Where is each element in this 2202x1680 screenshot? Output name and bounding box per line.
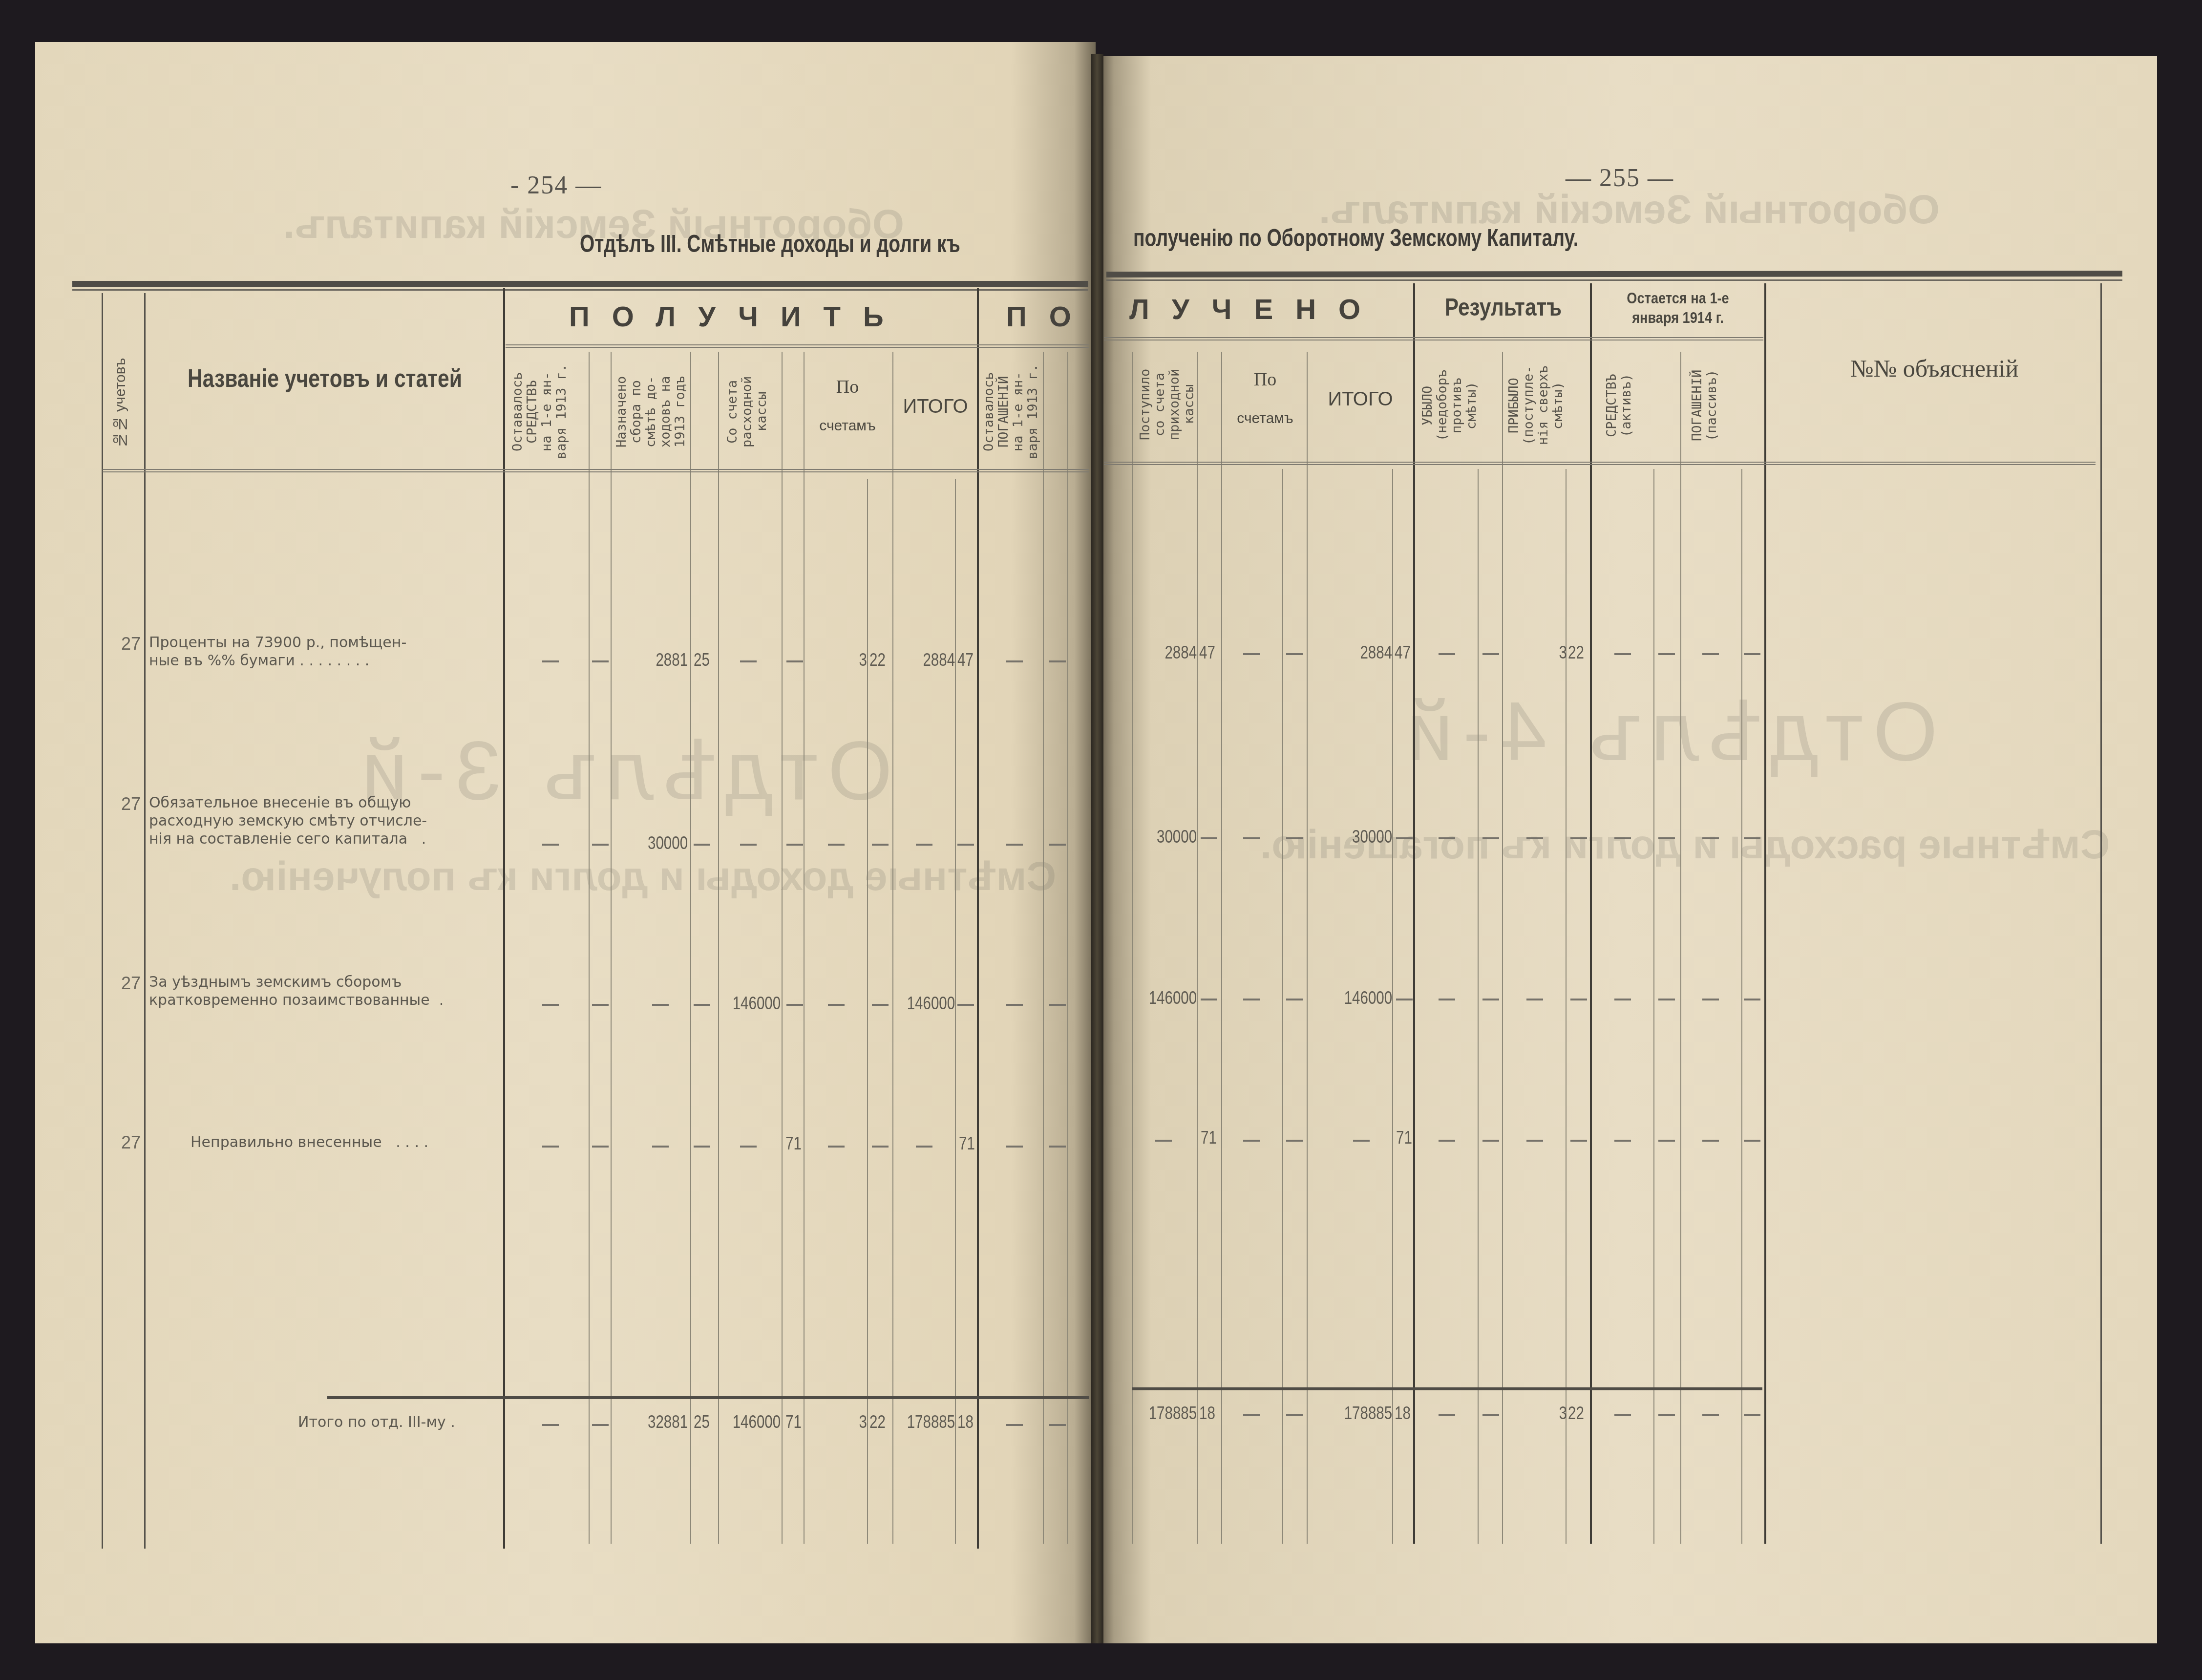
header-po-schetam-2-bottom: счетамъ: [1224, 410, 1307, 427]
header-po-schetam-2-top: По: [1224, 369, 1307, 390]
value-dash: [592, 1424, 609, 1426]
header-postupilo: Поступило со счета приходной кассы: [1138, 349, 1197, 459]
value-dash: [1614, 653, 1631, 655]
grid-line: [1566, 469, 1567, 1544]
value-dash: [1614, 837, 1631, 839]
value-dash: [1744, 1414, 1760, 1416]
value-dash: [1286, 1414, 1303, 1416]
row-name: Проценты на 73900 р., помѣщен- ные въ %%…: [149, 634, 406, 670]
value-dash: [1614, 999, 1631, 1000]
row-itogo-2-kop: 47: [1395, 642, 1411, 663]
header-divider: [103, 469, 1089, 472]
value-dash: [1658, 1140, 1675, 1142]
grid-line: [611, 352, 612, 1544]
row-naznacheno-kop: 25: [694, 650, 710, 670]
grid-line: [1764, 283, 1766, 1544]
value-dash: [1006, 660, 1023, 662]
total-so-scheta-rashod-rub: 146000: [732, 1412, 781, 1432]
row-itogo-1-kop: 71: [959, 1133, 975, 1154]
value-dash: [1526, 1140, 1543, 1142]
total-postupilo-rub: 178885: [1148, 1403, 1197, 1424]
book-spine: [1091, 54, 1103, 1643]
value-dash: [740, 1146, 757, 1148]
value-dash: [1243, 999, 1260, 1000]
header-group-lucheno: ЛУЧЕНО: [1129, 293, 1383, 326]
total-naznacheno-rub: 32881: [648, 1412, 688, 1432]
header-divider: [1104, 337, 1763, 340]
value-dash: [1744, 999, 1760, 1000]
value-dash: [1006, 1424, 1023, 1426]
grid-line: [1741, 469, 1742, 1544]
value-dash: [1658, 653, 1675, 655]
grid-line: [977, 288, 979, 1549]
value-dash: [1439, 653, 1455, 655]
grid-line: [503, 288, 505, 1549]
value-dash: [694, 1004, 710, 1006]
total-itogo-1-rub: 178885: [907, 1412, 955, 1432]
value-dash: [740, 844, 757, 846]
value-dash: [652, 1004, 669, 1006]
value-dash: [542, 660, 559, 662]
row-postupilo-rub: 146000: [1148, 988, 1197, 1008]
value-dash: [1006, 844, 1023, 846]
value-dash: [652, 1146, 669, 1148]
header-group-rezultat: Результатъ: [1430, 293, 1577, 321]
value-dash: [1744, 1140, 1760, 1142]
value-dash: [1570, 999, 1587, 1000]
header-name: Названіе учетовъ и статей: [183, 364, 467, 393]
row-itogo-1-kop: 47: [957, 650, 974, 670]
value-dash: [1526, 999, 1543, 1000]
grid-line: [1043, 352, 1044, 1544]
bleed-through-left-heading: Отдѣлъ 3-й: [352, 723, 892, 819]
grid-line: [102, 293, 103, 1549]
value-dash: [694, 844, 710, 846]
total-pribylo-kop: 22: [1568, 1403, 1584, 1424]
value-dash: [1439, 999, 1455, 1000]
value-dash: [1570, 837, 1587, 839]
value-dash: [1243, 653, 1260, 655]
total-naznacheno-kop: 25: [694, 1412, 710, 1432]
row-itogo-2-rub: 30000: [1352, 827, 1392, 847]
value-dash: [1702, 837, 1719, 839]
value-dash: [1286, 653, 1303, 655]
value-dash: [828, 1146, 845, 1148]
row-so-scheta-rashod-kop: 71: [785, 1133, 802, 1154]
value-dash: [1243, 1140, 1260, 1142]
value-dash: [1396, 999, 1413, 1000]
value-dash: [1286, 999, 1303, 1000]
row-postupilo-kop: 47: [1199, 642, 1215, 663]
row-pribylo-kop: 22: [1568, 642, 1584, 663]
header-group-ostaetsya: Остается на 1-е января 1914 г.: [1622, 288, 1734, 327]
top-rule-right-thin: [1106, 279, 2122, 281]
header-itogo-2: ИТОГО: [1309, 388, 1412, 410]
value-dash: [694, 1146, 710, 1148]
value-dash: [916, 844, 932, 846]
value-dash: [1201, 999, 1217, 1000]
top-rule-left: [72, 281, 1088, 287]
grid-line: [1132, 352, 1133, 1544]
total-so-scheta-rashod-kop: 71: [785, 1412, 802, 1432]
value-dash: [1243, 1414, 1260, 1416]
row-itogo-2-rub: 146000: [1344, 988, 1392, 1008]
total-itogo-1-kop: 18: [957, 1412, 974, 1432]
bleed-through-left-sub: Смѣтные доходы и долги къ полученію.: [230, 852, 1056, 900]
top-rule-left-thin: [72, 289, 1088, 291]
header-divider: [1104, 462, 2096, 465]
grid-line: [1502, 352, 1503, 1544]
grid-line: [1680, 352, 1681, 1544]
row-postupilo-rub: 30000: [1157, 827, 1197, 847]
value-dash: [592, 844, 609, 846]
value-dash: [1201, 837, 1217, 839]
header-so-scheta-rashod: Со счета расходной кассы: [725, 357, 769, 467]
value-dash: [1396, 837, 1413, 839]
grid-line: [782, 352, 783, 1544]
value-dash: [916, 1146, 932, 1148]
page-title-left: Отдѣлъ III. Смѣтные доходы и долги къ: [580, 230, 960, 258]
value-dash: [1049, 844, 1066, 846]
grid-line: [589, 352, 590, 1544]
row-po-schetam-1-kop: 22: [869, 650, 886, 670]
value-dash: [1155, 1140, 1172, 1142]
value-dash: [786, 660, 803, 662]
value-dash: [1702, 653, 1719, 655]
value-dash: [1482, 653, 1499, 655]
total-pribylo-rub: 3: [1559, 1403, 1567, 1424]
grid-line: [1067, 352, 1068, 1544]
header-num-accounts: №№ учетовъ: [113, 342, 128, 464]
header-po-schetam-1-top: По: [806, 376, 889, 398]
value-dash: [828, 844, 845, 846]
value-dash: [1006, 1004, 1023, 1006]
page-title-right: полученію по Оборотному Земскому Капитал…: [1133, 224, 1579, 252]
value-dash: [1482, 999, 1499, 1000]
row-postupilo-kop: 71: [1201, 1127, 1217, 1148]
row-name: Обязательное внесеніе въ общую расходную…: [149, 794, 427, 848]
value-dash: [828, 1004, 845, 1006]
total-rule-left: [327, 1396, 1089, 1399]
grid-line: [1307, 352, 1308, 1544]
row-account-number: 27: [121, 973, 141, 994]
value-dash: [1482, 837, 1499, 839]
value-dash: [1702, 999, 1719, 1000]
value-dash: [542, 844, 559, 846]
row-pribylo-rub: 3: [1559, 642, 1567, 663]
row-postupilo-rub: 2884: [1165, 642, 1197, 663]
header-divider: [506, 344, 1089, 348]
value-dash: [1570, 1140, 1587, 1142]
grid-line: [955, 479, 956, 1544]
row-itogo-2-rub: 2884: [1360, 642, 1392, 663]
grid-line: [1392, 469, 1393, 1544]
grid-line: [804, 352, 805, 1544]
value-dash: [1614, 1414, 1631, 1416]
value-dash: [1702, 1414, 1719, 1416]
header-ostavalos-sredstv: Оставалось СРЕДСТВЪ на 1-е ян- варя 1913…: [510, 357, 569, 467]
header-group-poluchit: ПОЛУЧИТЬ: [569, 300, 906, 333]
value-dash: [1526, 837, 1543, 839]
header-explanations: №№ объясненій: [1768, 354, 2100, 383]
grid-line: [1282, 469, 1283, 1544]
header-itogo-1: ИТОГО: [894, 396, 977, 418]
value-dash: [1049, 1424, 1066, 1426]
grid-line: [144, 293, 146, 1549]
grid-line: [1590, 283, 1592, 1544]
row-naznacheno-rub: 30000: [648, 833, 688, 853]
row-itogo-1-rub: 146000: [907, 993, 955, 1014]
value-dash: [542, 1146, 559, 1148]
header-pogasheniy-passiv: ПОГАШЕНІЙ (пассивъ): [1690, 352, 1719, 459]
row-account-number: 27: [121, 1132, 141, 1153]
grid-line: [718, 352, 719, 1544]
value-dash: [957, 1004, 974, 1006]
grid-line: [690, 352, 691, 1544]
value-dash: [1658, 999, 1675, 1000]
value-dash: [592, 1004, 609, 1006]
value-dash: [592, 1146, 609, 1148]
value-dash: [1702, 1140, 1719, 1142]
row-account-number: 27: [121, 634, 141, 654]
value-dash: [957, 844, 974, 846]
header-po-schetam-1-bottom: счетамъ: [806, 418, 889, 434]
value-dash: [542, 1004, 559, 1006]
value-dash: [1439, 837, 1455, 839]
grid-line: [1478, 469, 1479, 1544]
grid-line: [867, 479, 868, 1544]
header-naznacheno: Назначено сбора по смѣтѣ до- ходовъ на 1…: [614, 357, 688, 467]
total-rule-right: [1132, 1387, 1762, 1390]
value-dash: [1439, 1140, 1455, 1142]
row-po-schetam-1-rub: 3: [859, 650, 867, 670]
value-dash: [1439, 1414, 1455, 1416]
grid-line: [1221, 352, 1222, 1544]
value-dash: [1286, 837, 1303, 839]
value-dash: [1286, 1140, 1303, 1142]
header-ostavalos-pogasheniy: Оставалось ПОГАШЕНІЙ на 1-е ян- варя 191…: [982, 357, 1040, 467]
value-dash: [542, 1424, 559, 1426]
value-dash: [1614, 1140, 1631, 1142]
value-dash: [1353, 1140, 1370, 1142]
top-rule-right: [1106, 271, 2122, 277]
total-po-schetam-1-rub: 3: [859, 1412, 867, 1432]
header-ubylo: УБЫЛО (недоборъ противъ смѣты): [1420, 352, 1479, 459]
grid-line: [1653, 469, 1654, 1544]
grid-line: [1413, 283, 1415, 1544]
value-dash: [1744, 837, 1760, 839]
value-dash: [1006, 1146, 1023, 1148]
value-dash: [1658, 837, 1675, 839]
value-dash: [1658, 1414, 1675, 1416]
value-dash: [872, 1004, 889, 1006]
total-itogo-2-rub: 178885: [1344, 1403, 1392, 1424]
value-dash: [1049, 1146, 1066, 1148]
row-account-number: 27: [121, 794, 141, 814]
row-naznacheno-rub: 2881: [656, 650, 688, 670]
page-number-right: — 255 —: [1566, 164, 1674, 192]
total-postupilo-kop: 18: [1199, 1403, 1215, 1424]
row-itogo-1-rub: 2884: [923, 650, 955, 670]
value-dash: [872, 1146, 889, 1148]
value-dash: [1482, 1414, 1499, 1416]
value-dash: [786, 844, 803, 846]
row-name: Неправильно внесенные . . . .: [191, 1133, 428, 1151]
value-dash: [1744, 653, 1760, 655]
page-number-left: - 254 —: [510, 171, 602, 200]
total-label: Итого по отд. III-му .: [298, 1413, 455, 1431]
total-po-schetam-1-kop: 22: [869, 1412, 886, 1432]
value-dash: [592, 660, 609, 662]
total-itogo-2-kop: 18: [1395, 1403, 1411, 1424]
value-dash: [1049, 660, 1066, 662]
value-dash: [872, 844, 889, 846]
value-dash: [1049, 1004, 1066, 1006]
grid-line: [1197, 352, 1198, 1544]
row-name: За уѣзднымъ земскимъ сборомъ кратковреме…: [149, 973, 444, 1009]
header-group-po: ПО: [1006, 300, 1094, 333]
header-sredstv-aktiv: СРЕДСТВЪ (активъ): [1605, 352, 1634, 459]
value-dash: [786, 1004, 803, 1006]
grid-line: [892, 352, 893, 1544]
row-so-scheta-rashod-rub: 146000: [732, 993, 781, 1014]
value-dash: [1243, 837, 1260, 839]
value-dash: [1482, 1140, 1499, 1142]
header-pribylo: ПРИБЫЛО (поступле- нія сверхъ смѣты): [1507, 352, 1566, 459]
row-itogo-2-kop: 71: [1396, 1127, 1412, 1148]
value-dash: [740, 660, 757, 662]
grid-line: [2100, 283, 2102, 1544]
